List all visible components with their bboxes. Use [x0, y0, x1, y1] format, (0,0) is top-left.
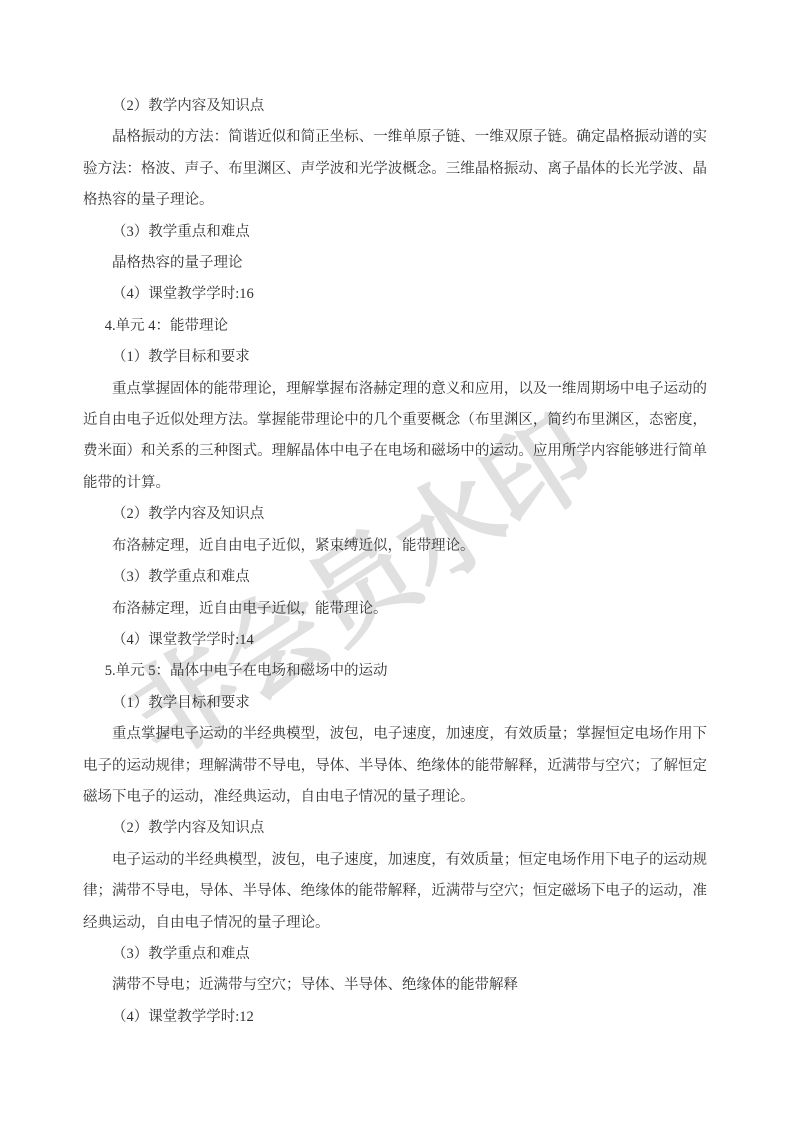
- body-paragraph: 重点掌握固体的能带理论，理解掌握布洛赫定理的意义和应用，以及一维周期场中电子运动…: [83, 374, 707, 500]
- body-paragraph: 布洛赫定理，近自由电子近似，紧束缚近似，能带理论。: [83, 531, 707, 562]
- document-page: 非会员水印 （2）教学内容及知识点 晶格振动的方法：简谐近似和简正坐标、一维单原…: [0, 0, 793, 1122]
- subsection-heading: （1）教学目标和要求: [83, 688, 707, 719]
- body-paragraph: 晶格热容的量子理论: [83, 248, 707, 279]
- subsection-heading: （4）课堂教学学时:12: [83, 1002, 707, 1033]
- subsection-heading: （3）教学重点和难点: [83, 939, 707, 970]
- subsection-heading: （2）教学内容及知识点: [83, 499, 707, 530]
- unit-heading: 5.单元 5：晶体中电子在电场和磁场中的运动: [83, 656, 707, 687]
- body-paragraph: 晶格振动的方法：简谐近似和简正坐标、一维单原子链、一维双原子链。确定晶格振动谱的…: [83, 122, 707, 216]
- subsection-heading: （4）课堂教学学时:16: [83, 279, 707, 310]
- subsection-heading: （1）教学目标和要求: [83, 342, 707, 373]
- subsection-heading: （3）教学重点和难点: [83, 562, 707, 593]
- unit-heading: 4.单元 4：能带理论: [83, 311, 707, 342]
- body-paragraph: 布洛赫定理，近自由电子近似，能带理论。: [83, 594, 707, 625]
- document-body: （2）教学内容及知识点 晶格振动的方法：简谐近似和简正坐标、一维单原子链、一维双…: [83, 91, 707, 1033]
- body-paragraph: 满带不导电；近满带与空穴；导体、半导体、绝缘体的能带解释: [83, 970, 707, 1001]
- subsection-heading: （2）教学内容及知识点: [83, 813, 707, 844]
- body-paragraph: 电子运动的半经典模型，波包，电子速度，加速度，有效质量；恒定电场作用下电子的运动…: [83, 845, 707, 939]
- subsection-heading: （3）教学重点和难点: [83, 217, 707, 248]
- subsection-heading: （4）课堂教学学时:14: [83, 625, 707, 656]
- subsection-heading: （2）教学内容及知识点: [83, 91, 707, 122]
- body-paragraph: 重点掌握电子运动的半经典模型，波包，电子速度，加速度，有效质量；掌握恒定电场作用…: [83, 719, 707, 813]
